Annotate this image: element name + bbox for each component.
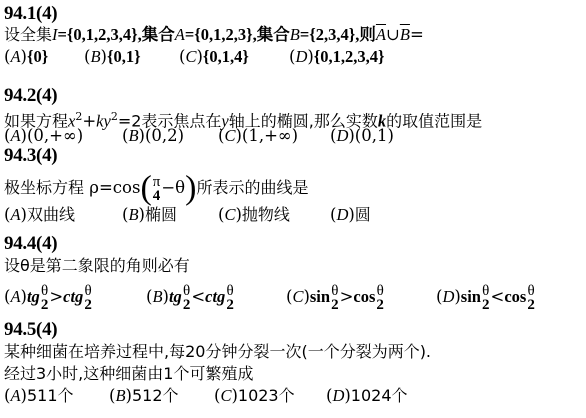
equals: = bbox=[410, 25, 424, 44]
option-d: (D)sinθ2<cosθ2 bbox=[436, 282, 536, 312]
option-d: (D)(0,1) bbox=[330, 126, 394, 146]
minus-theta: −θ bbox=[161, 178, 185, 197]
option-b: (B)(0,2) bbox=[122, 126, 218, 146]
right-paren: ) bbox=[185, 170, 196, 207]
problem-1-options: (A){0}(B){0,1}(C){0,1,4}(D){0,1,2,3,4} bbox=[4, 47, 385, 67]
problem-number: 94.5(4) bbox=[4, 319, 57, 340]
problem-number: 94.1(4) bbox=[4, 3, 57, 24]
problem-3-stem: 极坐标方程 ρ=cos(π4−θ)所表示的曲线是 bbox=[4, 173, 308, 203]
option-b: (B)512个 bbox=[109, 386, 214, 406]
problem-1-number: 94.1(4) bbox=[4, 4, 57, 24]
problem-number: 94.2(4) bbox=[4, 85, 57, 106]
complement-a: A bbox=[376, 25, 386, 44]
stem-text: 设全集 bbox=[4, 25, 52, 44]
stem-text: 经过3小时,这种细菌由1个可繁殖成 bbox=[4, 364, 253, 383]
option-a: (A)511个 bbox=[4, 386, 109, 406]
option-d: (D)1024个 bbox=[326, 386, 408, 406]
option-a: (A){0} bbox=[4, 47, 84, 67]
option-b: (B){0,1} bbox=[84, 47, 179, 67]
set-b: B bbox=[290, 25, 300, 44]
option-d: (D){0,1,2,3,4} bbox=[289, 47, 385, 67]
option-a: (A)(0,+∞) bbox=[4, 126, 122, 146]
problem-5-options: (A)511个(B)512个(C)1023个(D)1024个 bbox=[4, 386, 408, 406]
option-a: (A)tgθ2>ctgθ2 bbox=[4, 282, 146, 312]
complement-b: B bbox=[400, 25, 410, 44]
problem-number: 94.4(4) bbox=[4, 233, 57, 254]
problem-5-stem-line-1: 某种细菌在培养过程中,每20分钟分裂一次(一个分裂为两个). bbox=[4, 342, 431, 362]
rho-cos: ρ=cos bbox=[89, 178, 140, 197]
option-c: (C)(1,+∞) bbox=[218, 126, 330, 146]
stem-text: ={0,1,2,3},集合 bbox=[185, 25, 290, 44]
stem-text: 极坐标方程 bbox=[4, 178, 84, 197]
option-c: (C)抛物线 bbox=[218, 205, 330, 225]
option-b: (B)tgθ2<ctgθ2 bbox=[146, 282, 286, 312]
fraction-pi-over-4: π4 bbox=[153, 175, 161, 203]
stem-text: ={0,1,2,3,4},集合 bbox=[58, 25, 175, 44]
problem-number: 94.3(4) bbox=[4, 145, 57, 166]
problem-5-stem-line-2: 经过3小时,这种细菌由1个可繁殖成 bbox=[4, 364, 253, 384]
problem-2-options: (A)(0,+∞)(B)(0,2)(C)(1,+∞)(D)(0,1) bbox=[4, 126, 394, 146]
option-c: (C)sinθ2>cosθ2 bbox=[286, 282, 436, 312]
problem-3-options: (A)双曲线(B)椭圆(C)抛物线(D)圆 bbox=[4, 205, 371, 225]
option-c: (C){0,1,4} bbox=[179, 47, 289, 67]
stem-text: 设θ是第二象限的角则必有 bbox=[4, 256, 190, 275]
stem-text: ={2,3,4},则 bbox=[300, 25, 376, 44]
option-c: (C)1023个 bbox=[214, 386, 326, 406]
stem-text: 某种细菌在培养过程中,每20分钟分裂一次(一个分裂为两个). bbox=[4, 342, 431, 361]
option-b: (B)椭圆 bbox=[122, 205, 218, 225]
problem-3-number: 94.3(4) bbox=[4, 146, 57, 166]
problem-1-stem: 设全集I={0,1,2,3,4},集合A={0,1,2,3},集合B={2,3,… bbox=[4, 25, 424, 45]
problem-4-options: (A)tgθ2>ctgθ2(B)tgθ2<ctgθ2(C)sinθ2>cosθ2… bbox=[4, 282, 536, 312]
option-d: (D)圆 bbox=[330, 205, 371, 225]
option-a: (A)双曲线 bbox=[4, 205, 122, 225]
set-a: A bbox=[175, 25, 185, 44]
problem-4-stem: 设θ是第二象限的角则必有 bbox=[4, 256, 190, 276]
left-paren: ( bbox=[140, 170, 151, 207]
union-symbol: ∪ bbox=[386, 25, 400, 44]
problem-4-number: 94.4(4) bbox=[4, 234, 57, 254]
stem-text: 的取值范围是 bbox=[386, 112, 482, 131]
problem-5-number: 94.5(4) bbox=[4, 320, 57, 340]
problem-2-number: 94.2(4) bbox=[4, 86, 57, 106]
stem-text: 所表示的曲线是 bbox=[196, 178, 308, 197]
exponent: 2 bbox=[111, 110, 118, 123]
